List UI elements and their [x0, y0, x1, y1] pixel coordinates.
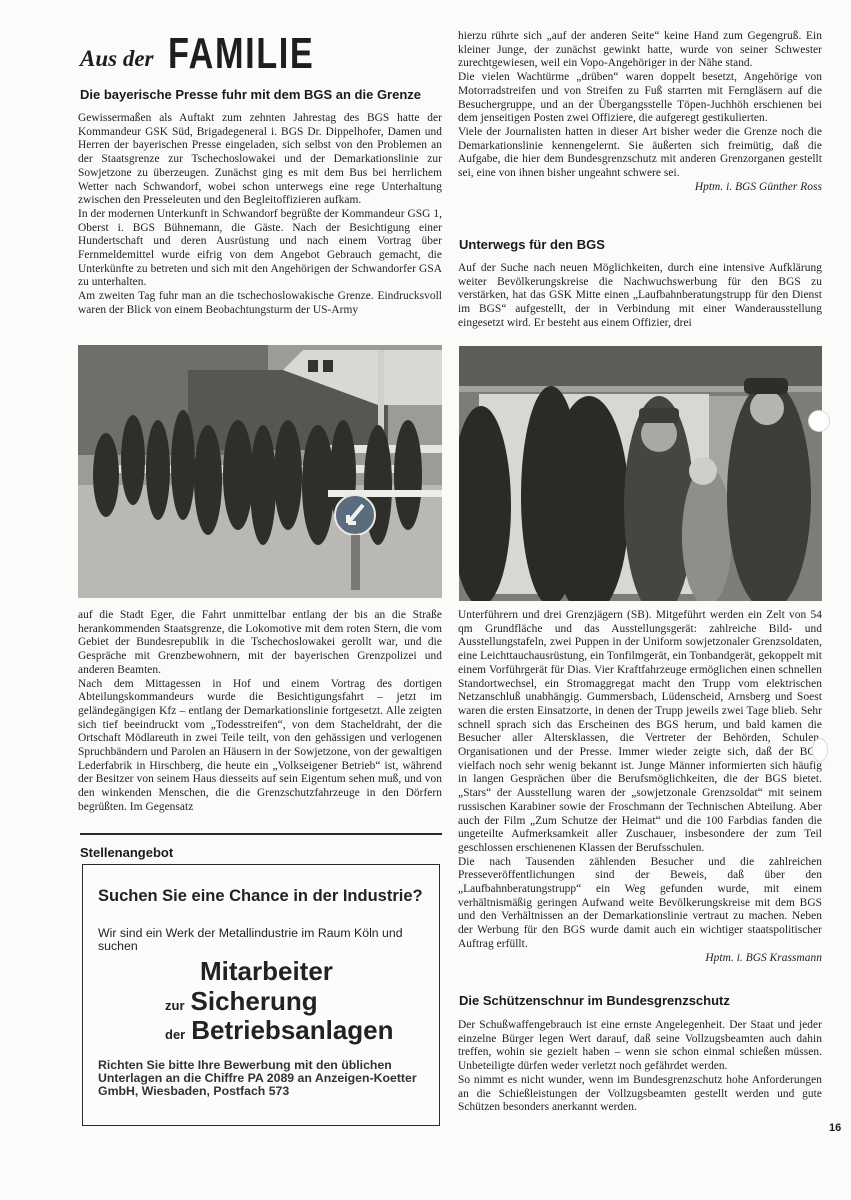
section-divider: [80, 833, 442, 835]
masthead-title: FAMILIE: [168, 32, 314, 76]
punch-hole-mark: [812, 738, 828, 762]
job-ad-word-betriebsanlagen: Betriebsanlagen: [191, 1016, 393, 1045]
job-ad-box: Suchen Sie eine Chance in der Industrie?…: [82, 864, 440, 1126]
job-ad-line2: zur Sicherung: [165, 987, 318, 1016]
article2-text-bottom: Unterführern und drei Grenzjägern (SB). …: [458, 609, 822, 965]
paragraph: In der modernen Unterkunft in Schwandorf…: [78, 208, 442, 290]
article-heading-schuetzenschnur: Die Schützenschnur im Bundesgrenzschutz: [459, 993, 730, 1008]
article1-text-top: Gewissermaßen als Auftakt zum zehnten Ja…: [78, 112, 442, 318]
article-heading-unterwegs: Unterwegs für den BGS: [459, 237, 605, 252]
paragraph: Nach dem Mittagessen in Hof und einem Vo…: [78, 678, 442, 815]
byline-krassmann: Hptm. i. BGS Krassmann: [458, 952, 822, 966]
article3-text: Der Schußwaffengebrauch ist eine ernste …: [458, 1019, 822, 1115]
job-ad-word-der: der: [165, 1027, 185, 1042]
article1-text-right: hierzu rührte sich „auf der anderen Seit…: [458, 30, 822, 194]
job-ad-contact: Richten Sie bitte Ihre Bewerbung mit den…: [98, 1059, 428, 1098]
photo-border-crossing-image: [78, 345, 442, 598]
paragraph: Die nach Tausenden zählenden Besucher un…: [458, 856, 822, 952]
job-ad-word-sicherung: Sicherung: [191, 987, 318, 1016]
job-ad-intro: Wir sind ein Werk der Metallindustrie im…: [98, 927, 428, 953]
paragraph: Am zweiten Tag fuhr man an die tschechos…: [78, 290, 442, 317]
job-ad-headline: Suchen Sie eine Chance in der Industrie?: [98, 887, 423, 906]
photo-border-crossing: [78, 345, 442, 598]
section-masthead: Aus der FAMILIE: [80, 30, 440, 76]
paragraph: Viele der Journalisten hatten in dieser …: [458, 126, 822, 181]
job-ad-section-label: Stellenangebot: [80, 845, 173, 860]
punch-hole-mark: [808, 410, 830, 432]
paragraph: auf die Stadt Eger, die Fahrt unmittelba…: [78, 609, 442, 678]
article1-text-bottom: auf die Stadt Eger, die Fahrt unmittelba…: [78, 609, 442, 815]
article2-text-top: Auf der Suche nach neuen Möglichkeiten, …: [458, 262, 822, 331]
paragraph: hierzu rührte sich „auf der anderen Seit…: [458, 30, 822, 71]
paragraph: Die vielen Wachtürme „drüben“ waren dopp…: [458, 71, 822, 126]
paragraph: Unterführern und drei Grenzjägern (SB). …: [458, 609, 822, 856]
job-ad-position: Mitarbeiter: [200, 957, 333, 986]
photo-exhibition-stand: [459, 346, 822, 601]
paragraph: Der Schußwaffengebrauch ist eine ernste …: [458, 1019, 822, 1074]
article-heading-presse: Die bayerische Presse fuhr mit dem BGS a…: [80, 87, 450, 102]
paragraph: So nimmt es nicht wunder, wenn im Bundes…: [458, 1074, 822, 1115]
paragraph: Gewissermaßen als Auftakt zum zehnten Ja…: [78, 112, 442, 208]
page-number: 16: [829, 1122, 841, 1134]
masthead-prefix: Aus der: [80, 46, 154, 72]
job-ad-line3: der Betriebsanlagen: [165, 1016, 394, 1045]
paragraph: Auf der Suche nach neuen Möglichkeiten, …: [458, 262, 822, 331]
job-ad-word-zur: zur: [165, 998, 185, 1013]
byline-ross: Hptm. i. BGS Günther Ross: [458, 181, 822, 195]
photo-exhibition-image: [459, 346, 822, 601]
